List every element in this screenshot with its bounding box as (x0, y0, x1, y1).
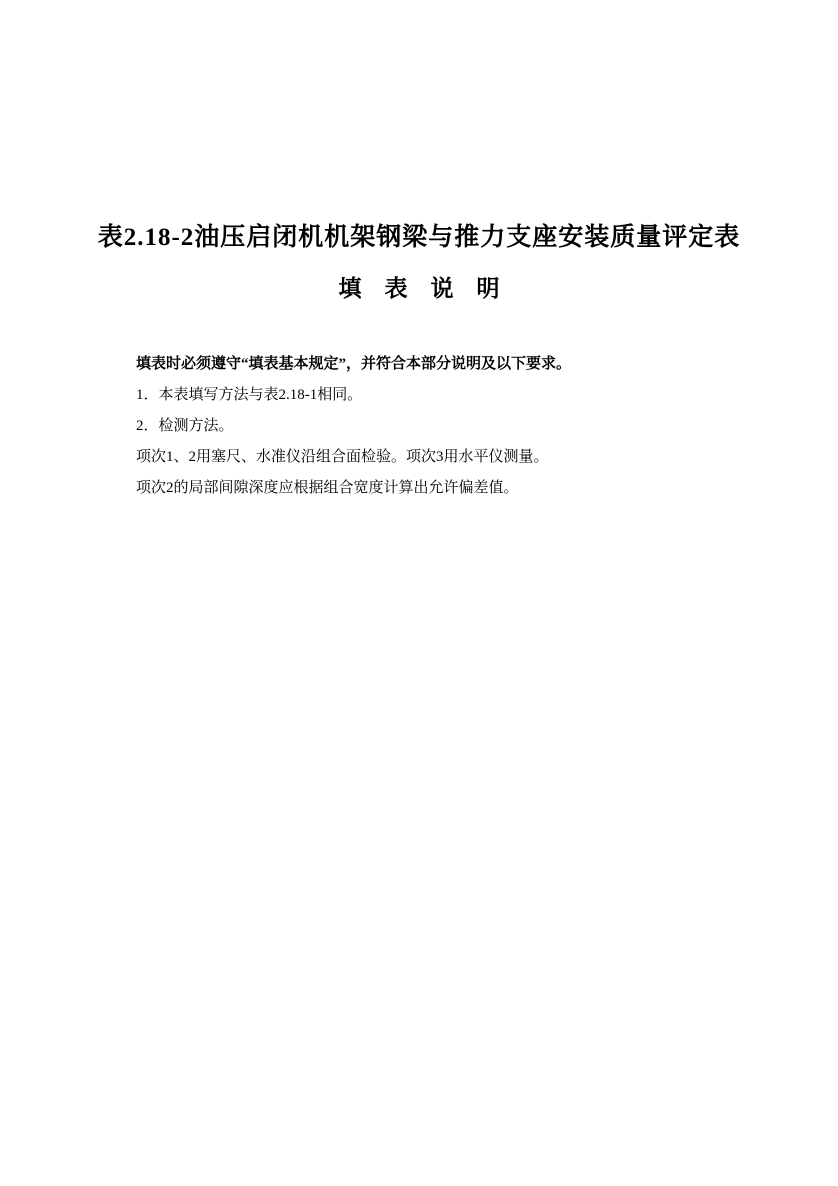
body-text-block: 填表时必须遵守“填表基本规定”，并符合本部分说明及以下要求。 1．本表填写方法与… (136, 349, 778, 504)
title-block: 表2.18-2油压启闭机机架钢梁与推力支座安装质量评定表 填 表 说 明 (0, 0, 838, 304)
document-page: 表2.18-2油压启闭机机架钢梁与推力支座安装质量评定表 填 表 说 明 填表时… (0, 0, 838, 1186)
document-subtitle: 填 表 说 明 (0, 274, 838, 304)
intro-paragraph: 填表时必须遵守“填表基本规定”，并符合本部分说明及以下要求。 (136, 349, 778, 380)
method-note-2-paragraph: 项次2的局部间隙深度应根据组合宽度计算出允许偏差值。 (136, 473, 778, 504)
document-title: 表2.18-2油压启闭机机架钢梁与推力支座安装质量评定表 (0, 222, 838, 254)
method-note-1-paragraph: 项次1、2用塞尺、水准仪沿组合面检验。项次3用水平仪测量。 (136, 442, 778, 473)
item-2-paragraph: 2．检测方法。 (136, 411, 778, 442)
item-1-paragraph: 1．本表填写方法与表2.18-1相同。 (136, 380, 778, 411)
